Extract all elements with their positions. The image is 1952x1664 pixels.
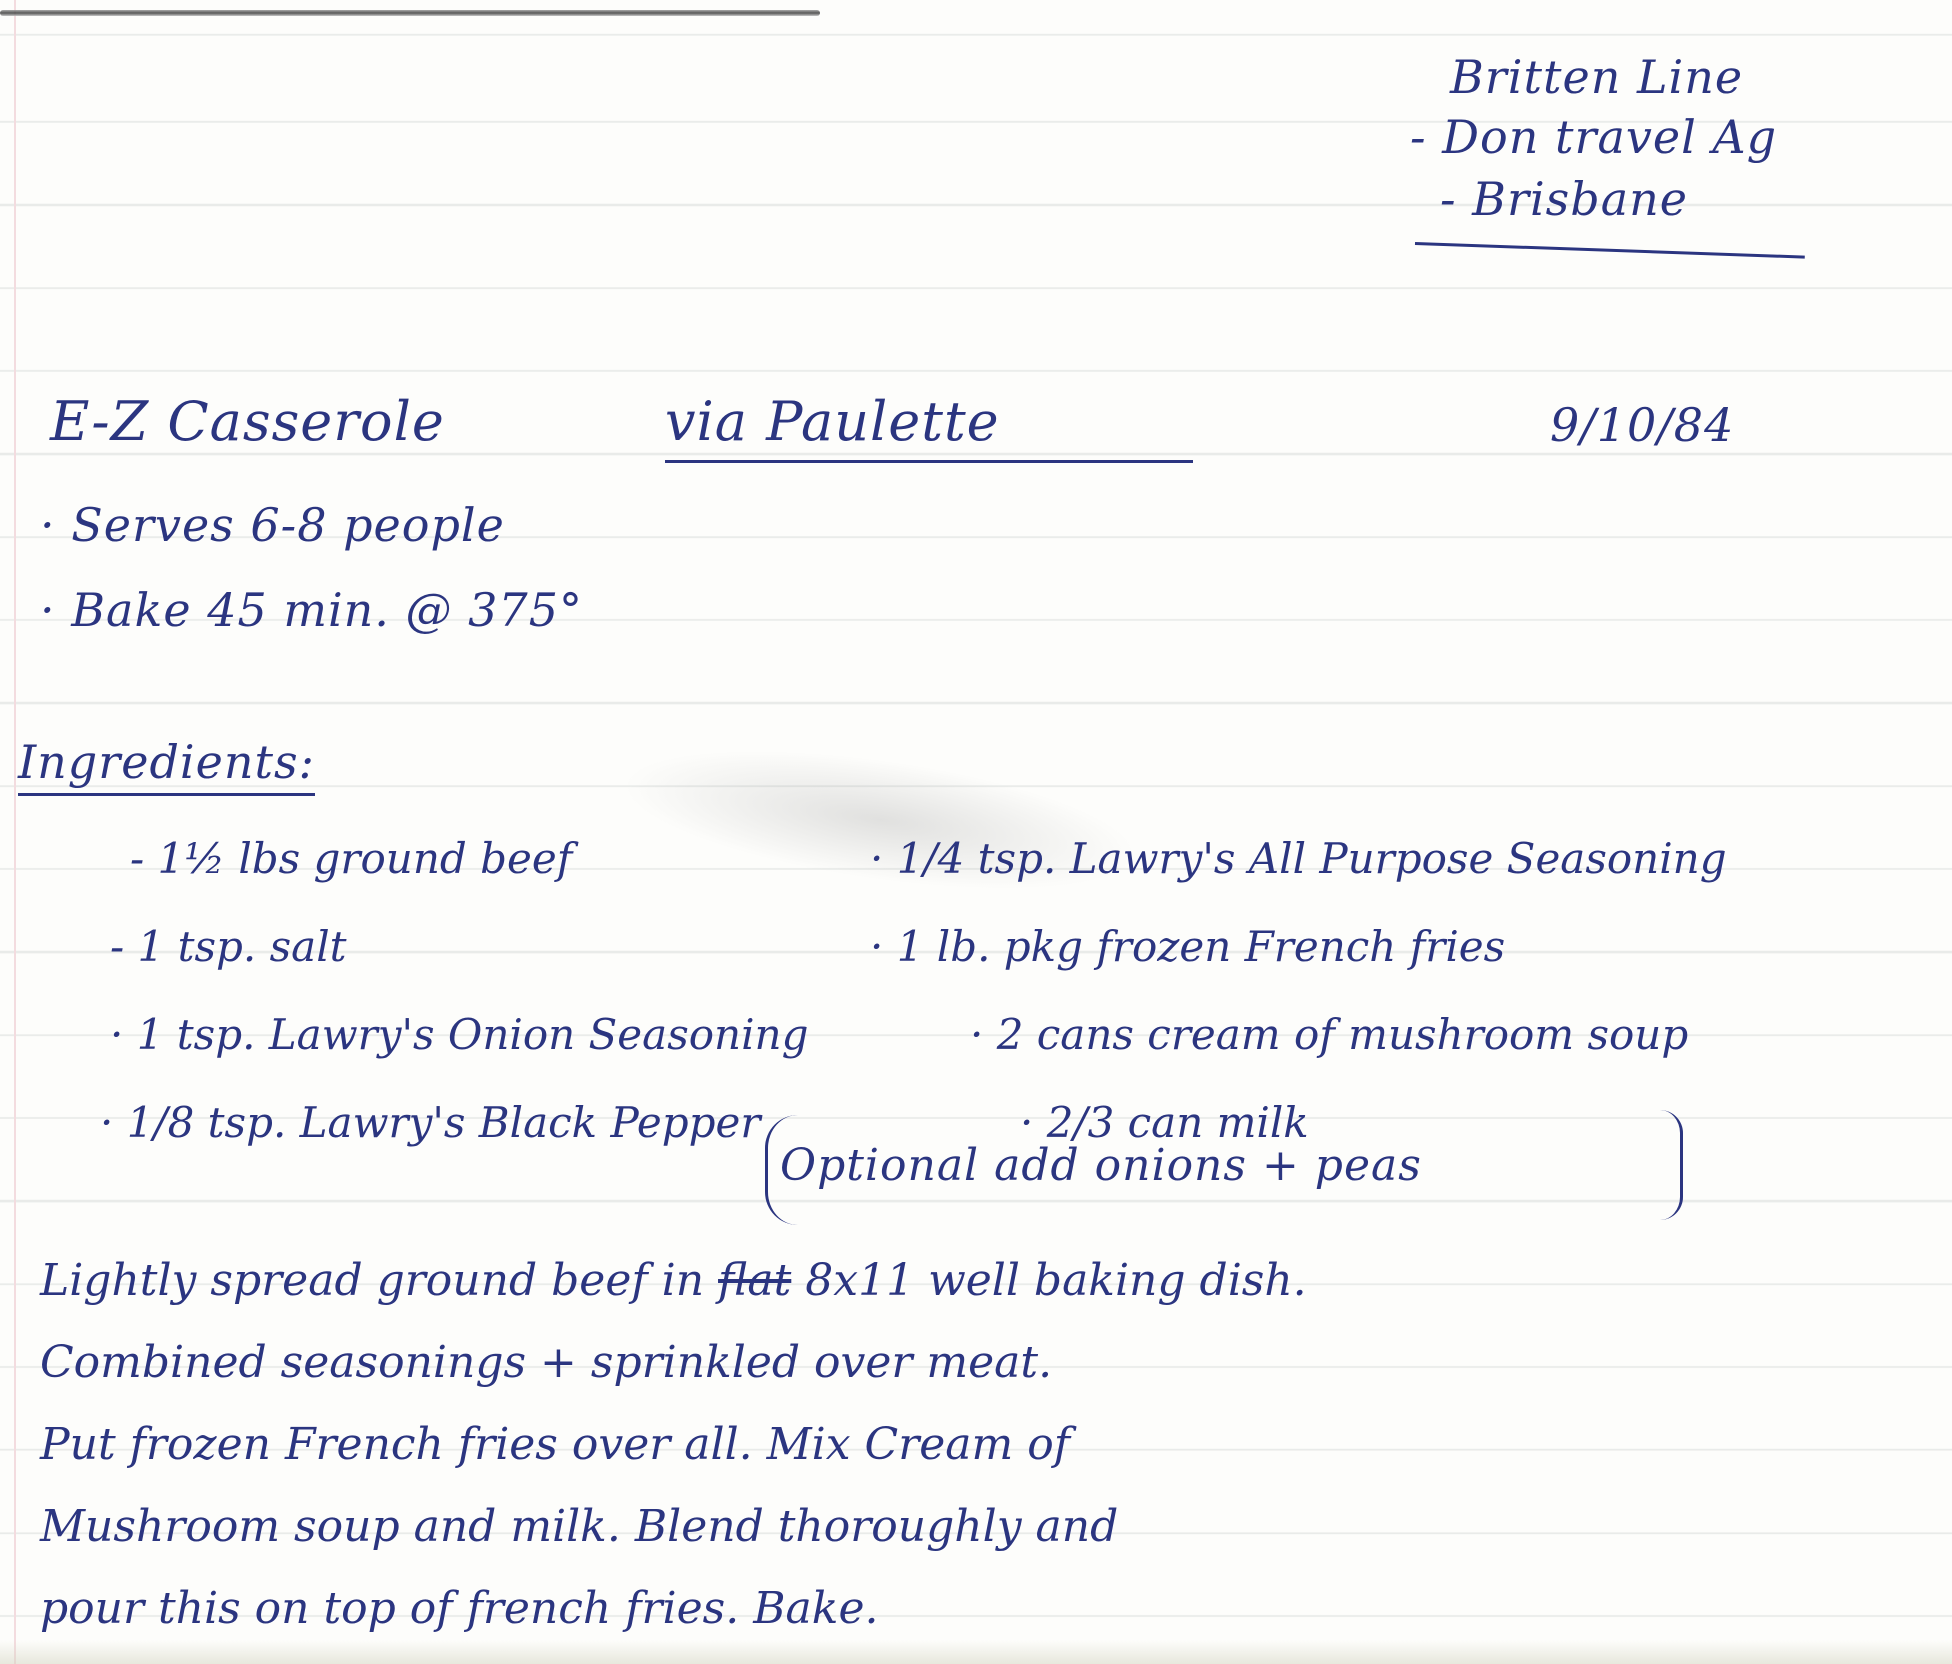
ingredient-item: · 1 lb. pkg frozen French fries bbox=[870, 903, 1727, 991]
ingredient-item: · 1/8 tsp. Lawry's Black Pepper bbox=[100, 1079, 808, 1167]
serves-note: · Serves 6-8 people bbox=[40, 498, 505, 552]
ingredients-right-column: · 1/4 tsp. Lawry's All Purpose Seasoning… bbox=[870, 815, 1727, 1167]
ingredient-item: · 1 tsp. Lawry's Onion Seasoning bbox=[110, 991, 808, 1079]
struck-word: flat bbox=[718, 1255, 791, 1306]
ingredients-heading: Ingredients: bbox=[18, 735, 315, 796]
recipe-attribution: via Paulette bbox=[665, 390, 1000, 453]
ingredient-item: - 1½ lbs ground beef bbox=[130, 815, 808, 903]
recipe-date: 9/10/84 bbox=[1550, 398, 1734, 452]
margin-line bbox=[14, 0, 16, 1664]
instruction-text: Put frozen French fries over all. Mix Cr… bbox=[40, 1419, 1070, 1470]
instruction-line: pour this on top of french fries. Bake. bbox=[40, 1568, 1920, 1650]
instruction-text: Mushroom soup and milk. Blend thoroughly… bbox=[40, 1501, 1118, 1552]
instruction-line: Put frozen French fries over all. Mix Cr… bbox=[40, 1404, 1920, 1486]
instruction-text: Combined seasonings + sprinkled over mea… bbox=[40, 1337, 1052, 1388]
corner-note-line-1: Britten Line bbox=[1450, 50, 1952, 104]
corner-note: Britten Line - Don travel Ag - Brisbane bbox=[1410, 50, 1930, 212]
instructions: Lightly spread ground beef in flat 8x11 … bbox=[40, 1240, 1920, 1650]
instruction-text: 8x11 well baking dish. bbox=[791, 1255, 1306, 1306]
optional-note: Optional add onions + peas bbox=[780, 1140, 1422, 1191]
instruction-text: pour this on top of french fries. Bake. bbox=[40, 1583, 878, 1634]
ingredient-item: · 2 cans cream of mushroom soup bbox=[970, 991, 1727, 1079]
title-underline bbox=[665, 460, 1193, 463]
ingredient-item: - 1 tsp. salt bbox=[110, 903, 808, 991]
corner-note-line-2: - Don travel Ag bbox=[1410, 110, 1930, 164]
ingredient-item: · 1/4 tsp. Lawry's All Purpose Seasoning bbox=[870, 815, 1727, 903]
instruction-text: Lightly spread ground beef in bbox=[40, 1255, 718, 1306]
recipe-title: E-Z Casserole bbox=[50, 390, 445, 453]
instruction-line: Mushroom soup and milk. Blend thoroughly… bbox=[40, 1486, 1920, 1568]
torn-top-edge bbox=[0, 10, 820, 16]
corner-note-line-3: - Brisbane bbox=[1440, 172, 1952, 226]
optional-bracket-close bbox=[1660, 1110, 1683, 1220]
ingredients-left-column: - 1½ lbs ground beef - 1 tsp. salt · 1 t… bbox=[100, 815, 808, 1167]
instruction-line: Combined seasonings + sprinkled over mea… bbox=[40, 1322, 1920, 1404]
bake-note: · Bake 45 min. @ 375° bbox=[40, 583, 583, 637]
instruction-line: Lightly spread ground beef in flat 8x11 … bbox=[40, 1240, 1920, 1322]
